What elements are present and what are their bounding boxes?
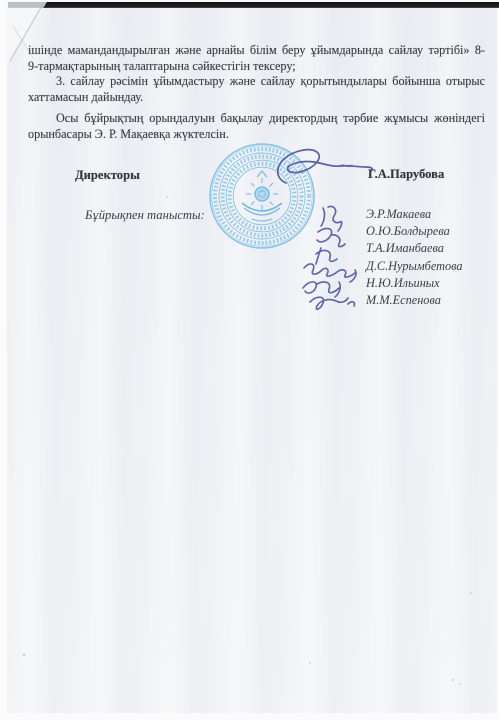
- director-signature: [262, 143, 382, 198]
- signatures-strokes-icon: [290, 198, 375, 316]
- document-body-text: ішінде мамандандырылған және арнайы білі…: [28, 43, 485, 143]
- paragraph-line: ішінде мамандандырылған және арнайы білі…: [28, 43, 485, 59]
- acknowledged-name: Н.Ю.Ильиных: [366, 275, 463, 292]
- acknowledged-name: Э.Р.Макаева: [366, 206, 463, 223]
- acknowledged-name: Т.А.Иманбаева: [366, 240, 463, 257]
- acknowledgement-label: Бұйрықпен танысты:: [85, 208, 205, 223]
- acknowledged-name: О.Ю.Болдырева: [366, 223, 463, 240]
- acknowledged-name: М.М.Еспенова: [366, 292, 463, 309]
- acknowledged-names-list: Э.Р.Макаева О.Ю.Болдырева Т.А.Иманбаева …: [366, 206, 463, 309]
- acknowledgement-signatures: [290, 198, 375, 321]
- scanner-edge-bar: [8, 2, 499, 8]
- scan-dust-specks: [0, 0, 2, 2]
- paragraph-line: Осы бұйрықтың орындалуын бақылау директо…: [28, 111, 485, 127]
- paragraph-line: 3. сайлау рәсімін ұйымдастыру және сайла…: [28, 74, 485, 90]
- scanned-document-screenshot: { "document": { "paragraphs": { "p1_line…: [0, 0, 499, 720]
- director-title-label: Директоры: [75, 168, 140, 183]
- paragraph-line: хаттамасын дайындау.: [28, 90, 485, 106]
- paragraph-line: 9-тармақтарының талаптарына сәйкестігін …: [28, 59, 485, 75]
- acknowledged-name: Д.С.Нурымбетова: [366, 258, 463, 275]
- signature-stroke-icon: [262, 143, 382, 193]
- director-name: Г.А.Парубова: [368, 167, 444, 182]
